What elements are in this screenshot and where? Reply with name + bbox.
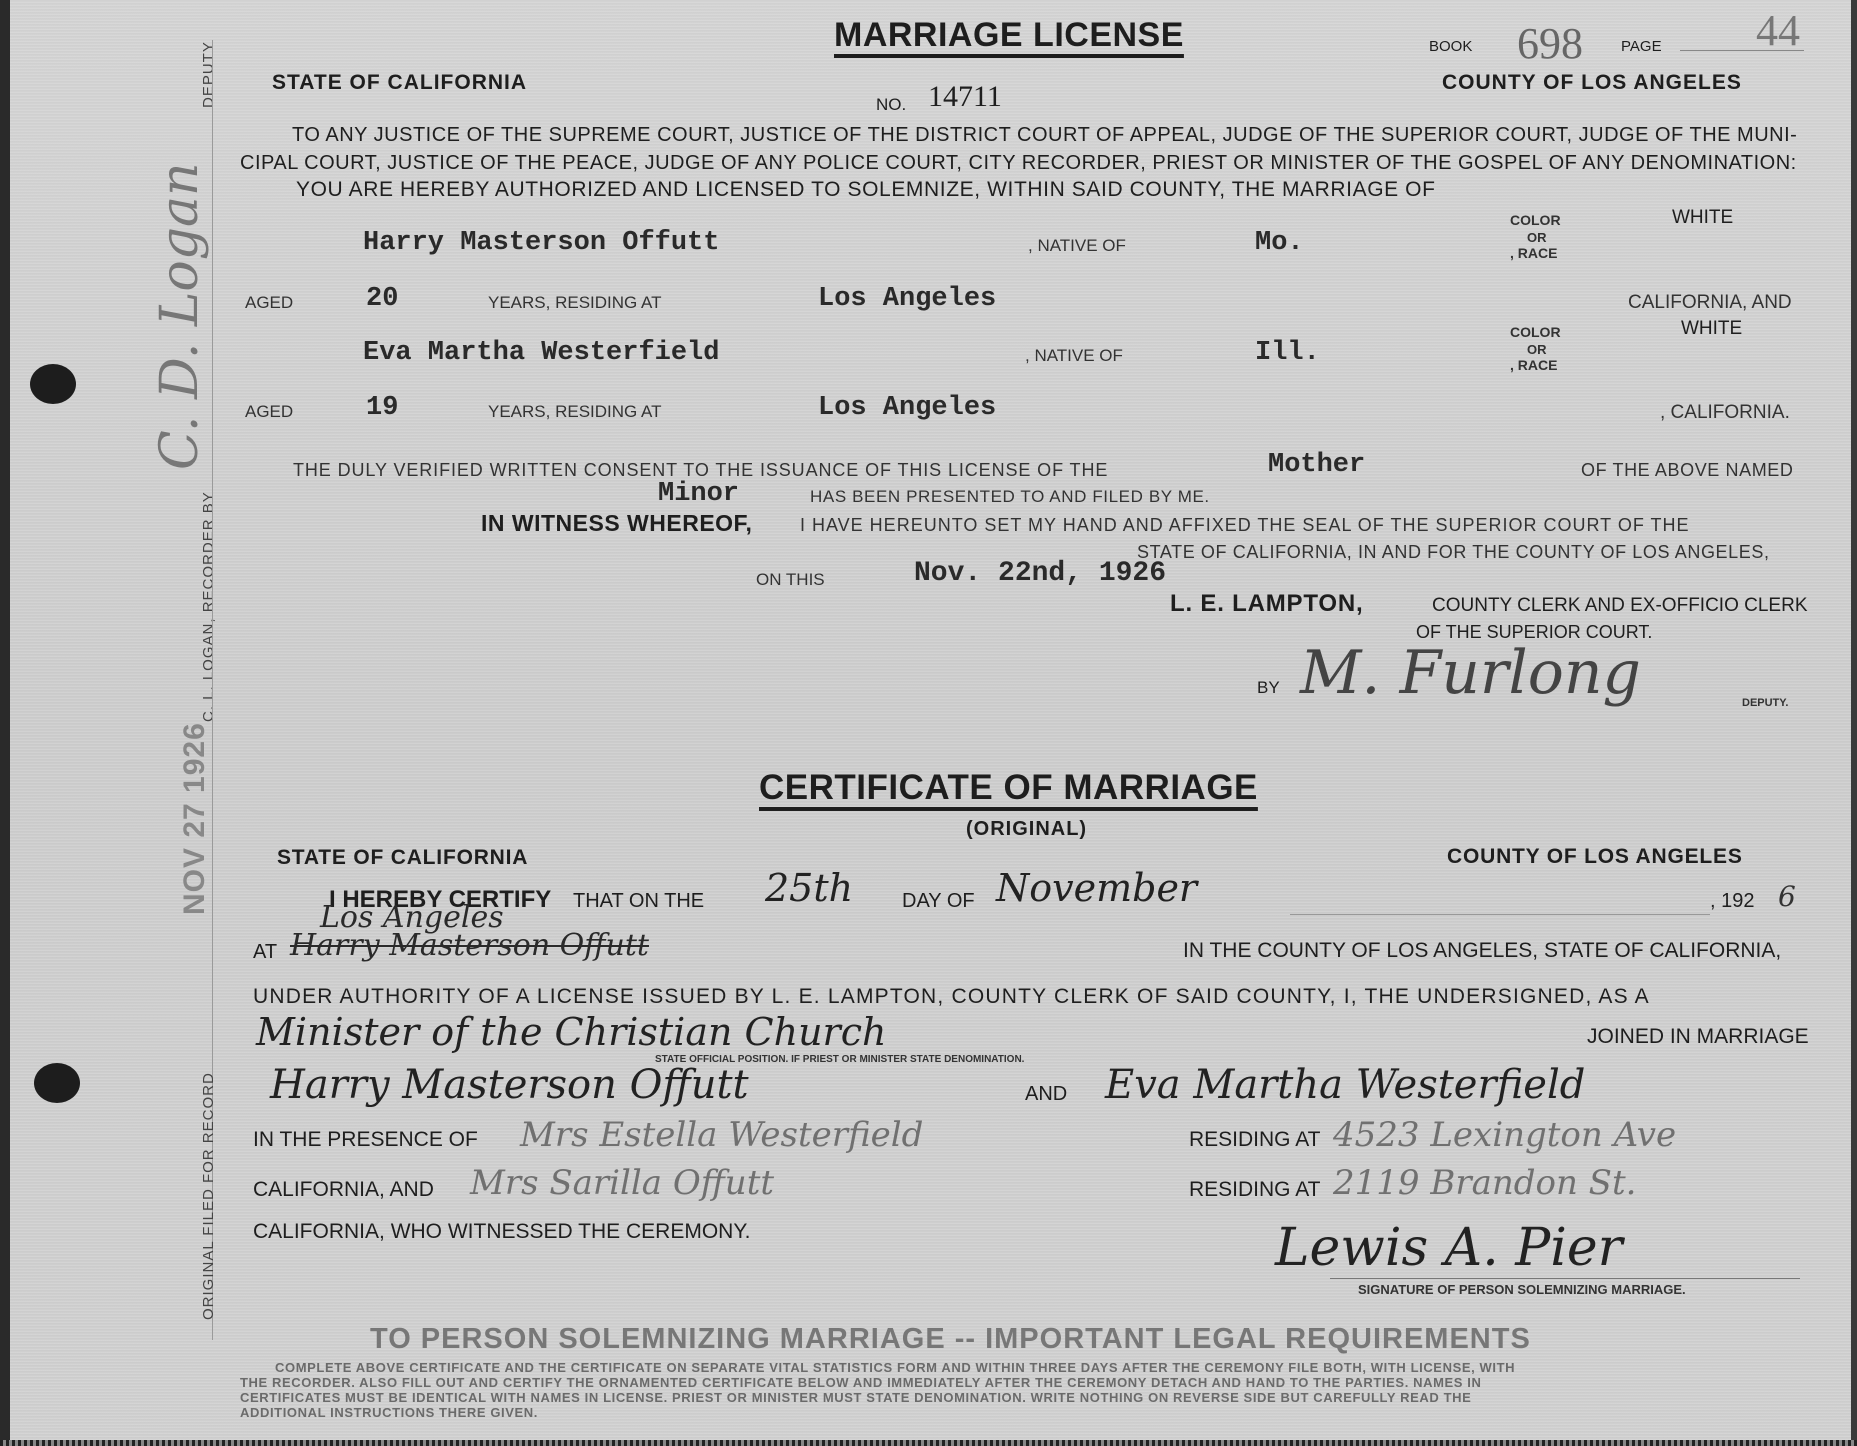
filed-for-record-label: ORIGINAL FILED FOR RECORD bbox=[200, 1072, 217, 1320]
groom-race: WHITE bbox=[1672, 207, 1733, 229]
instructions-line-2: THE RECORDER. ALSO FILL OUT AND CERTIFY … bbox=[240, 1375, 1482, 1390]
margin-recorder-signature: C. D. Logan bbox=[150, 162, 210, 470]
bride-california-label: , CALIFORNIA. bbox=[1660, 402, 1790, 424]
filed-date-stamp: NOV 27 1926 bbox=[178, 722, 212, 915]
authority-text: UNDER AUTHORITY OF A LICENSE ISSUED BY L… bbox=[253, 985, 1650, 1009]
in-witness-whereof: IN WITNESS WHEREOF, bbox=[481, 510, 752, 537]
license-number: 14711 bbox=[928, 80, 1002, 114]
scan-right-edge bbox=[1851, 0, 1857, 1446]
witness-text: I HAVE HEREUNTO SET MY HAND AND AFFIXED … bbox=[800, 515, 1690, 536]
certificate-subtitle: (ORIGINAL) bbox=[966, 818, 1087, 841]
page-label: PAGE bbox=[1621, 38, 1662, 55]
book-number: 698 bbox=[1517, 18, 1583, 69]
certificate-county-label: COUNTY OF LOS ANGELES bbox=[1447, 845, 1743, 869]
clerk-name: L. E. LAMPTON, bbox=[1170, 590, 1363, 618]
presence-label: IN THE PRESENCE OF bbox=[253, 1128, 478, 1152]
bride-color-label: COLOR bbox=[1510, 324, 1561, 340]
bride-race-label: , RACE bbox=[1510, 357, 1557, 373]
license-state-label: STATE OF CALIFORNIA bbox=[272, 71, 527, 95]
groom-aged-label: AGED bbox=[245, 293, 293, 313]
certificate-groom-name: Harry Masterson Offutt bbox=[270, 1062, 749, 1108]
officiant-signature: Lewis A. Pier bbox=[1275, 1218, 1623, 1278]
deputy-label: DEPUTY. bbox=[1742, 697, 1788, 709]
minor-label: Minor bbox=[658, 479, 739, 509]
page-number: 44 bbox=[1756, 5, 1800, 56]
preamble-line-1: To Any Justice of the Supreme Court, Jus… bbox=[292, 124, 1797, 147]
and-label: AND bbox=[1025, 1083, 1067, 1106]
consent-text: THE DULY VERIFIED WRITTEN CONSENT TO THE… bbox=[293, 460, 1108, 481]
california-and-label: CALIFORNIA, AND bbox=[253, 1178, 434, 1202]
instructions-line-4: ADDITIONAL INSTRUCTIONS THERE GIVEN. bbox=[240, 1405, 538, 1420]
punch-hole-icon bbox=[30, 364, 76, 404]
year-suffix: 6 bbox=[1778, 880, 1796, 913]
bride-native-of: Ill. bbox=[1255, 338, 1320, 368]
page-rule bbox=[1680, 50, 1804, 51]
that-on-label: THAT ON THE bbox=[573, 890, 704, 913]
groom-race-label: , RACE bbox=[1510, 245, 1557, 261]
certificate-month: November bbox=[996, 866, 1197, 910]
preamble-line-3: YOU ARE HEREBY AUTHORIZED AND LICENSED T… bbox=[296, 178, 1436, 202]
license-county-label: COUNTY OF LOS ANGELES bbox=[1442, 71, 1742, 95]
marriage-license-document: C. L. LOGAN, RECORDER BY C. D. Logan DEP… bbox=[0, 0, 1857, 1446]
scan-left-edge bbox=[0, 0, 10, 1446]
license-no-label: NO. bbox=[876, 95, 906, 115]
witness-2-residing-label: RESIDING AT bbox=[1189, 1178, 1320, 1202]
witness-1-address: 4523 Lexington Ave bbox=[1333, 1115, 1676, 1155]
bride-residence: Los Angeles bbox=[818, 393, 996, 423]
groom-residing-label: YEARS, RESIDING AT bbox=[488, 293, 662, 313]
groom-california-and-label: CALIFORNIA, AND bbox=[1628, 292, 1792, 314]
book-label: BOOK bbox=[1429, 38, 1472, 55]
signature-rule bbox=[1330, 1278, 1800, 1279]
license-title: MARRIAGE LICENSE bbox=[834, 16, 1184, 55]
county-state-text: IN THE COUNTY OF LOS ANGELES, STATE OF C… bbox=[1183, 939, 1781, 963]
bride-race: WHITE bbox=[1681, 318, 1742, 340]
bride-aged-label: AGED bbox=[245, 402, 293, 422]
witness-text-2: STATE OF CALIFORNIA, IN AND FOR THE COUN… bbox=[1137, 542, 1770, 563]
bride-residing-label: YEARS, RESIDING AT bbox=[488, 402, 662, 422]
groom-native-of-label: , NATIVE OF bbox=[1028, 236, 1126, 256]
certificate-state-label: STATE OF CALIFORNIA bbox=[277, 846, 528, 870]
certificate-day: 25th bbox=[765, 866, 853, 910]
witness-2-name: Mrs Sarilla Offutt bbox=[470, 1163, 774, 1203]
scan-bottom-edge bbox=[0, 1440, 1857, 1446]
year-prefix: , 192 bbox=[1710, 890, 1754, 913]
preamble-line-2: cipal Court, Justice of the Peace, Judge… bbox=[240, 152, 1797, 175]
by-label: BY bbox=[1257, 678, 1280, 698]
groom-name: Harry Masterson Offutt bbox=[363, 228, 719, 258]
joined-label: JOINED IN MARRIAGE bbox=[1587, 1025, 1809, 1049]
witness-1-residing-label: RESIDING AT bbox=[1189, 1128, 1320, 1152]
above-named-label: OF THE ABOVE NAMED bbox=[1581, 460, 1794, 481]
groom-color-label: COLOR bbox=[1510, 212, 1561, 228]
bride-age: 19 bbox=[366, 393, 398, 423]
signature-caption: SIGNATURE OF PERSON SOLEMNIZING MARRIAGE… bbox=[1358, 1282, 1686, 1297]
day-of-label: DAY OF bbox=[902, 890, 975, 913]
instructions-line-3: CERTIFICATES MUST BE IDENTICAL WITH NAME… bbox=[240, 1390, 1471, 1405]
bride-native-of-label: , NATIVE OF bbox=[1025, 346, 1123, 366]
ceremony-place: Los Angeles bbox=[320, 900, 504, 935]
punch-hole-icon bbox=[34, 1063, 80, 1103]
bride-name: Eva Martha Westerfield bbox=[363, 338, 719, 368]
instructions-line-1: COMPLETE ABOVE CERTIFICATE AND THE CERTI… bbox=[275, 1360, 1515, 1375]
date-rule bbox=[1290, 914, 1710, 915]
instructions-title: TO PERSON SOLEMNIZING MARRIAGE -- IMPORT… bbox=[370, 1323, 1531, 1356]
issue-date: Nov. 22nd, 1926 bbox=[914, 558, 1166, 589]
margin-recorder-label: C. L. LOGAN, RECORDER BY bbox=[200, 491, 217, 722]
bride-or-label: OR bbox=[1527, 342, 1547, 357]
certificate-bride-name: Eva Martha Westerfield bbox=[1105, 1062, 1585, 1108]
consent-by: Mother bbox=[1268, 450, 1365, 480]
on-this-label: ON THIS bbox=[756, 570, 825, 590]
clerk-title-1: COUNTY CLERK AND EX-OFFICIO CLERK bbox=[1432, 595, 1808, 617]
presented-text: HAS BEEN PRESENTED TO AND FILED BY ME. bbox=[810, 487, 1210, 507]
certificate-title: CERTIFICATE OF MARRIAGE bbox=[759, 768, 1258, 808]
witness-1-name: Mrs Estella Westerfield bbox=[520, 1115, 923, 1155]
witnessed-text: CALIFORNIA, WHO WITNESSED THE CEREMONY. bbox=[253, 1220, 750, 1244]
groom-residence: Los Angeles bbox=[818, 284, 996, 314]
groom-age: 20 bbox=[366, 284, 398, 314]
groom-or-label: OR bbox=[1527, 230, 1547, 245]
margin-deputy-label: DEPUTY bbox=[200, 41, 217, 108]
deputy-signature: M. Furlong bbox=[1300, 638, 1641, 708]
officiant-position: Minister of the Christian Church bbox=[256, 1010, 886, 1054]
witness-2-address: 2119 Brandon St. bbox=[1333, 1163, 1636, 1203]
at-label: AT bbox=[253, 941, 277, 964]
groom-native-of: Mo. bbox=[1255, 228, 1304, 258]
